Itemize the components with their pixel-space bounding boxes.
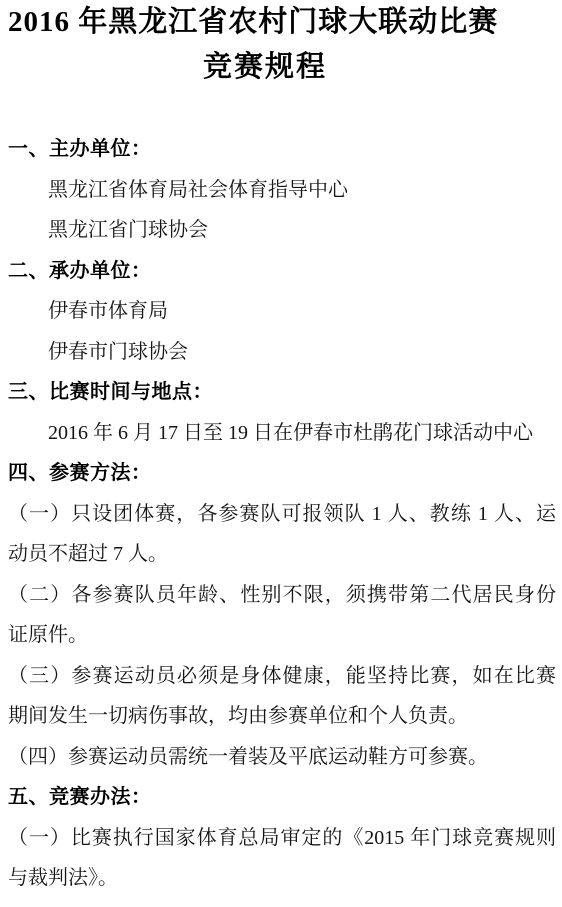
document-body: 一、主办单位：黑龙江省体育局社会体育指导中心黑龙江省门球协会二、承办单位：伊春市…: [8, 129, 556, 899]
section-heading: 一、主办单位：: [8, 129, 556, 170]
text-line: 黑龙江省体育局社会体育指导中心: [8, 170, 556, 211]
text-line: 伊春市体育局: [8, 291, 556, 332]
text-line: 期间发生一切病伤事故，均由参赛单位和个人负责。: [8, 696, 556, 737]
text-line: 证原件。: [8, 615, 556, 656]
section-heading: 四、参赛方法：: [8, 453, 556, 494]
text-line: （二）各参赛队员年龄、性别不限，须携带第二代居民身份: [8, 575, 556, 616]
text-line: 与裁判法》。: [8, 858, 556, 899]
section-heading: 三、比赛时间与地点：: [8, 372, 556, 413]
title-line-1: 2016 年黑龙江省农村门球大联动比赛: [0, 0, 562, 45]
text-line: 2016 年 6 月 17 日至 19 日在伊春市杜鹃花门球活动中心: [8, 413, 556, 454]
text-line: 黑龙江省门球协会: [8, 210, 556, 251]
section-heading: 二、承办单位：: [8, 251, 556, 292]
section-heading: 五、竞赛办法：: [8, 777, 556, 818]
text-line: （一）比赛执行国家体育总局审定的《2015 年门球竞赛规则: [8, 818, 556, 859]
document-title: 2016 年黑龙江省农村门球大联动比赛 竞赛规程: [0, 0, 562, 89]
text-line: 动员不超过 7 人。: [8, 534, 556, 575]
text-line: （三）参赛运动员必须是身体健康，能坚持比赛，如在比赛: [8, 656, 556, 697]
text-line: 伊春市门球协会: [8, 332, 556, 373]
text-line: （一）只设团体赛，各参赛队可报领队 1 人、教练 1 人、运: [8, 494, 556, 535]
document-page: 2016 年黑龙江省农村门球大联动比赛 竞赛规程 一、主办单位：黑龙江省体育局社…: [0, 0, 562, 907]
text-line: （四）参赛运动员需统一着装及平底运动鞋方可参赛。: [8, 737, 556, 778]
title-line-2: 竞赛规程: [0, 45, 530, 89]
